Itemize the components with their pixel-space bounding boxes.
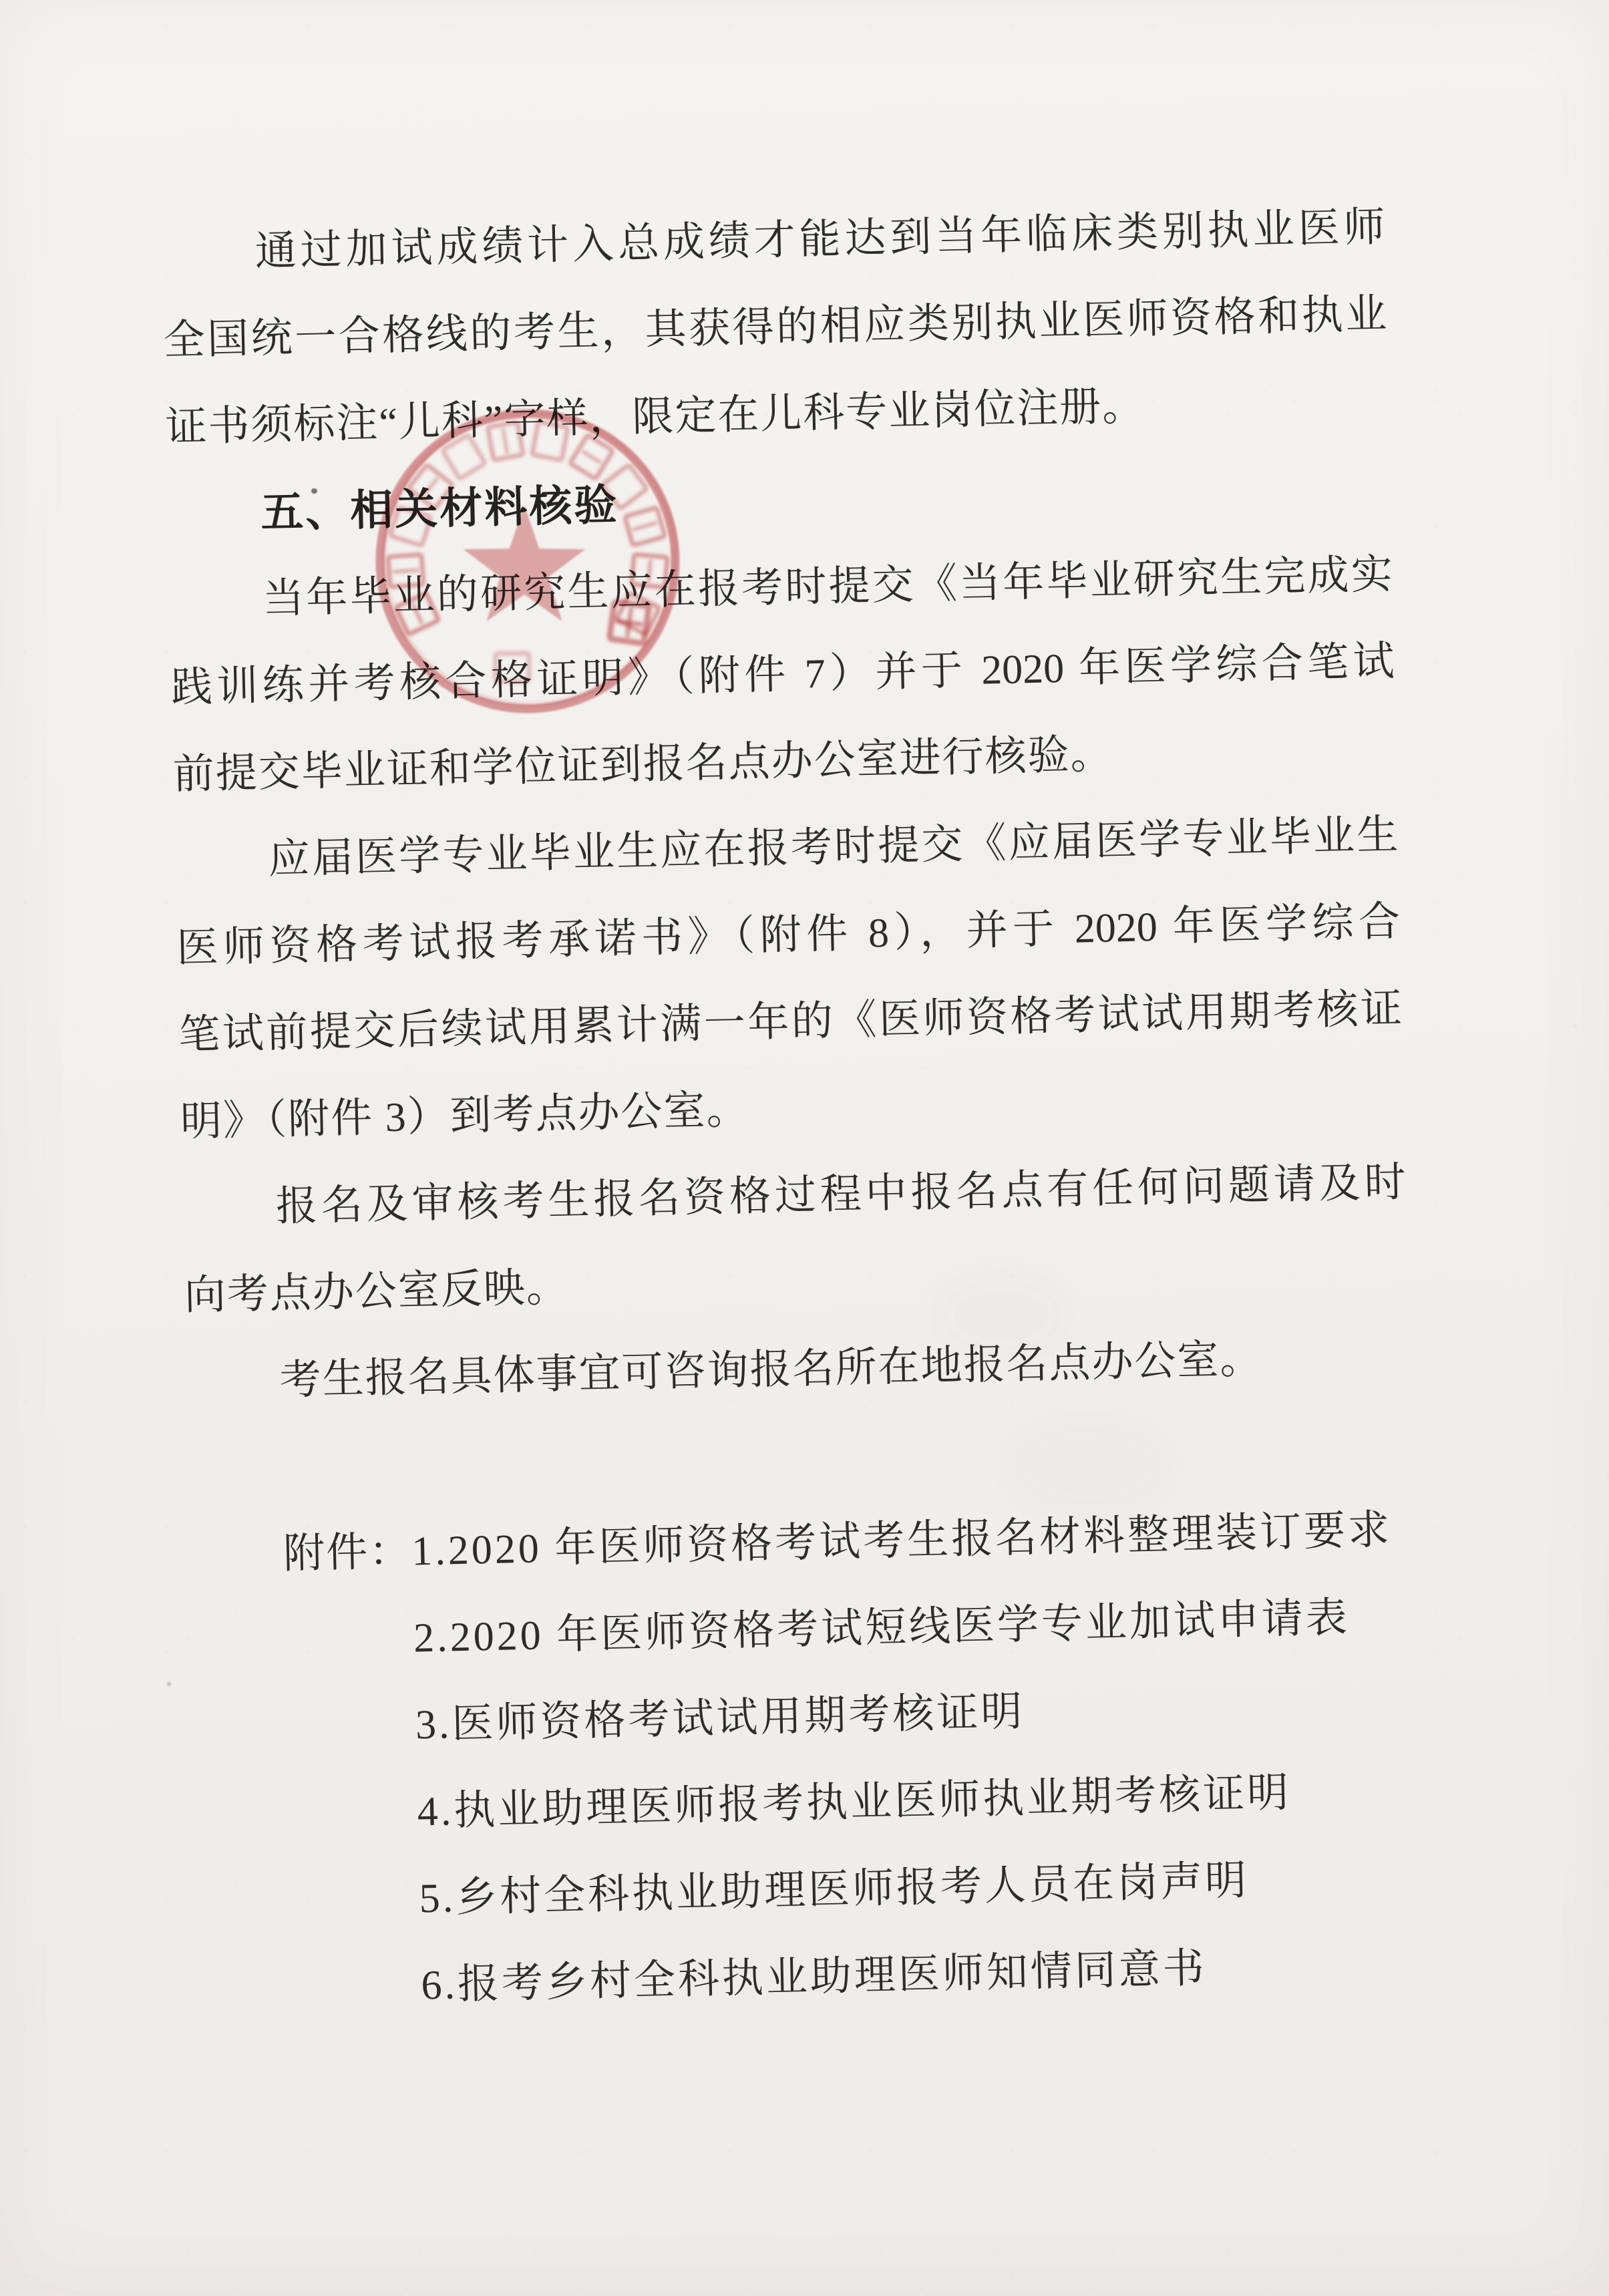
body-text: 通过加试成绩计入总成绩才能达到当年临床类别执业医师全国统一合格线的考生，其获得的… bbox=[160, 184, 1410, 1426]
bleed-through-mark bbox=[1005, 1416, 1172, 1516]
bleed-through-mark bbox=[932, 1269, 1072, 1363]
scan-speck bbox=[311, 488, 317, 494]
attachments-list: 1.2020 年医师资格考试考生报名材料整理装订要求2.2020 年医师资格考试… bbox=[411, 1486, 1424, 2029]
scan-speck bbox=[167, 1682, 171, 1686]
attachments-block: 附件： 1.2020 年医师资格考试考生报名材料整理装订要求2.2020 年医师… bbox=[189, 1486, 1424, 2034]
document-body: 通过加试成绩计入总成绩才能达到当年临床类别执业医师全国统一合格线的考生，其获得的… bbox=[160, 184, 1423, 2033]
scanned-document-page: 通过加试成绩计入总成绩才能达到当年临床类别执业医师全国统一合格线的考生，其获得的… bbox=[0, 0, 1609, 2296]
attachments-label: 附件： bbox=[189, 1508, 413, 1600]
